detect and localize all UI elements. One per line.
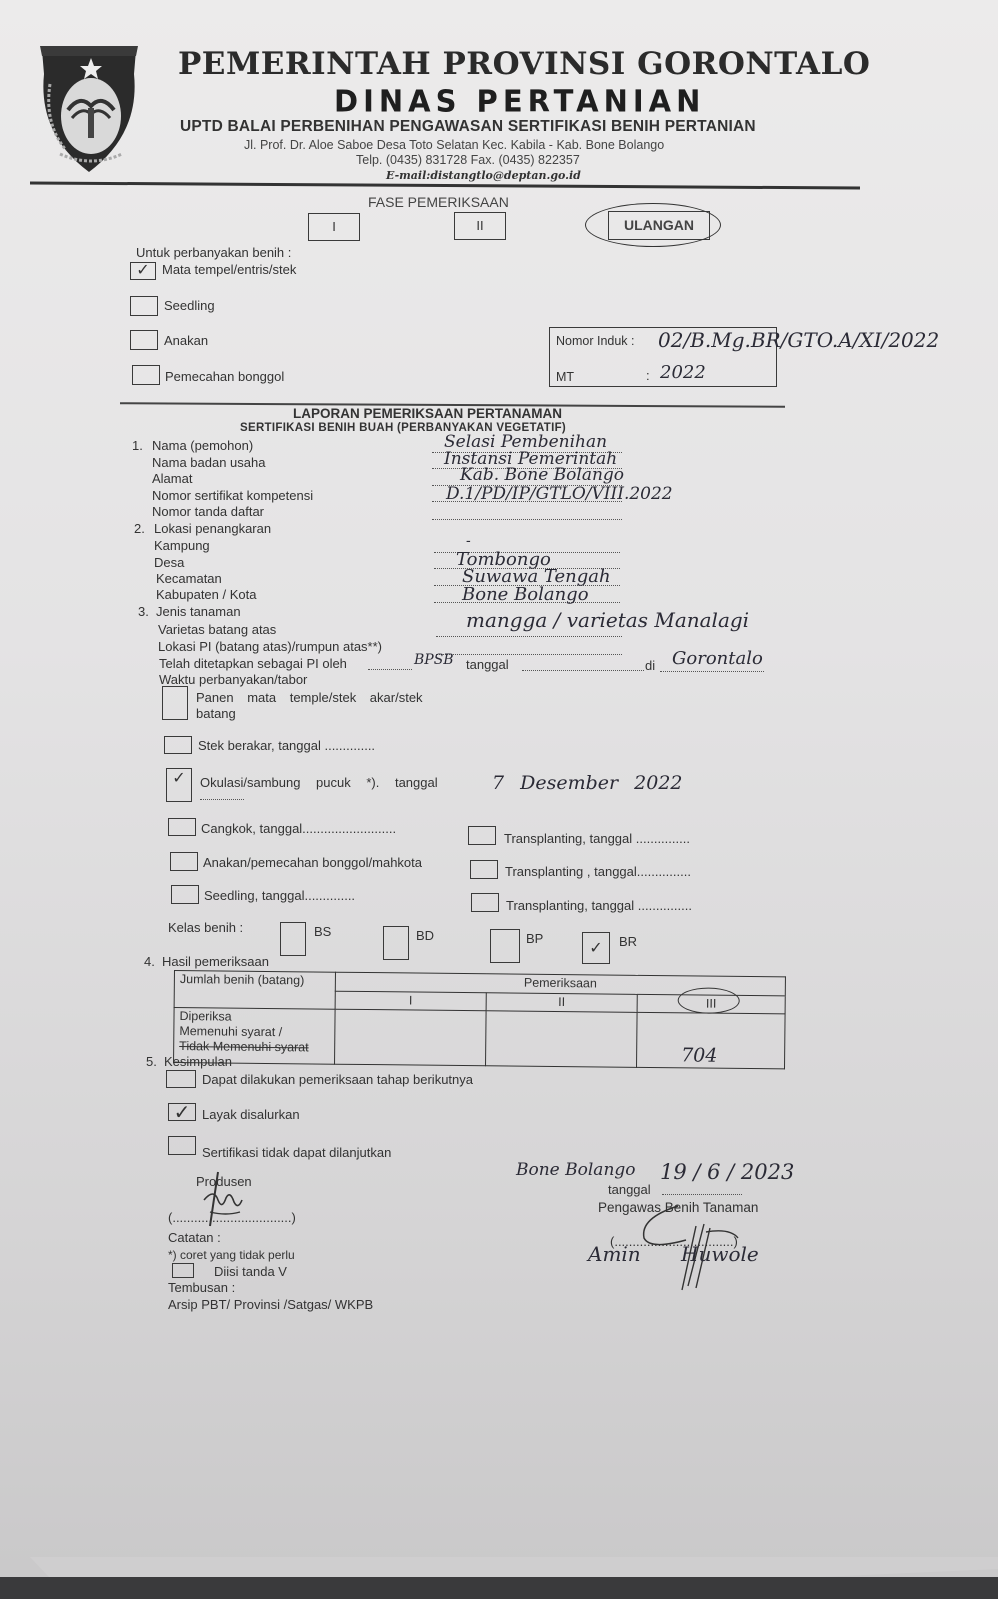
phase-header-ii: II xyxy=(486,992,637,1012)
kesimpulan-option-label: Sertifikasi tidak dapat dilanjutkan xyxy=(202,1145,391,1160)
field-label-sertifikat: Nomor sertifikat kompetensi xyxy=(152,488,313,503)
field-label-lokasi-pi: Lokasi PI (batang atas)/rumpun atas**) xyxy=(158,639,382,654)
field-label-ditetapkan: Telah ditetapkan sebagai PI oleh xyxy=(159,656,347,671)
waktu-checkbox-transplanting-2[interactable] xyxy=(470,860,498,879)
field-value-ditetapkan[interactable]: BPSB xyxy=(414,652,454,668)
field-line xyxy=(436,654,622,655)
field-label-waktu: Waktu perbanyakan/tabor xyxy=(159,672,307,687)
kesimpulan-checkbox-layak[interactable]: ✓ xyxy=(168,1103,196,1121)
field-line xyxy=(662,1194,742,1195)
waktu-option-label: Transplanting , tanggal............... xyxy=(505,864,691,879)
fase-option-i[interactable]: I xyxy=(308,213,360,241)
field-label-tanda-daftar: Nomor tanda daftar xyxy=(152,504,264,519)
signature-place[interactable]: Bone Bolango xyxy=(516,1160,636,1180)
field-value-varietas[interactable]: mangga / varietas Manalagi xyxy=(466,608,749,632)
waktu-checkbox-transplanting-3[interactable] xyxy=(471,893,499,912)
cell-phase-ii[interactable] xyxy=(486,1011,638,1068)
row-label-diperiksa: Diperiksa xyxy=(179,1009,329,1026)
field-value-kampung[interactable]: - xyxy=(466,533,471,549)
field-line xyxy=(436,636,622,637)
waktu-option-label: Anakan/pemecahan bonggol/mahkota xyxy=(203,855,422,870)
field-label-tanggal: tanggal xyxy=(466,657,509,672)
cell-phase-iii[interactable]: 704 xyxy=(637,1012,786,1069)
kesimpulan-option-label: Dapat dilakukan pemeriksaan tahap beriku… xyxy=(202,1072,473,1087)
cell-phase-i[interactable] xyxy=(335,1009,487,1066)
field-label-di: di xyxy=(645,658,655,673)
field-label-nama: Nama (pemohon) xyxy=(152,438,253,453)
phase-header-iii: III xyxy=(637,994,785,1014)
field-value-sertifikat[interactable]: D.1/PD/IP/GTLO/VIII.2022 xyxy=(446,484,673,504)
produsen-signature xyxy=(196,1170,256,1235)
kelas-checkbox-br[interactable]: ✓ xyxy=(582,932,610,964)
tembusan-value: Arsip PBT/ Provinsi /Satgas/ WKPB xyxy=(168,1297,373,1312)
perbanyakan-option-label: Mata tempel/entris/stek xyxy=(162,262,296,277)
waktu-option-label: Seedling, tanggal.............. xyxy=(204,888,355,903)
mt-label: MT xyxy=(556,370,574,384)
waktu-checkbox-panen[interactable] xyxy=(162,686,188,720)
perbanyakan-checkbox-pemecahan[interactable] xyxy=(132,365,160,385)
pengawas-name: Amin Huwole xyxy=(588,1242,759,1266)
signature-date[interactable]: 19 / 6 / 2023 xyxy=(660,1160,794,1184)
waktu-option-label: Cangkok, tanggal........................… xyxy=(201,821,396,836)
perbanyakan-option-label: Seedling xyxy=(164,298,215,313)
waktu-option-label: Stek berakar, tanggal .............. xyxy=(198,738,375,753)
catatan-diisi: Diisi tanda V xyxy=(214,1264,287,1279)
nomor-induk-value[interactable]: 02/B.Mg.BR/GTO.A/XI/2022 xyxy=(658,328,939,352)
perbanyakan-label: Untuk perbanyakan benih : xyxy=(136,245,291,260)
waktu-checkbox-stek[interactable] xyxy=(164,736,192,754)
section1-number: 1. xyxy=(132,438,143,453)
waktu-checkbox-transplanting-1[interactable] xyxy=(468,826,496,845)
section2-title: Lokasi penangkaran xyxy=(154,521,271,536)
signature-tanggal-label: tanggal xyxy=(608,1182,651,1197)
field-label-badan-usaha: Nama badan usaha xyxy=(152,455,265,470)
section4-title: Hasil pemeriksaan xyxy=(162,954,269,969)
kesimpulan-option-label: Layak disalurkan xyxy=(202,1107,300,1122)
col-header-jumlah: Jumlah benih (batang) xyxy=(174,971,335,1010)
desk-background xyxy=(0,1577,998,1599)
field-value-kabupaten[interactable]: Bone Bolango xyxy=(462,584,589,605)
section3-title: Jenis tanaman xyxy=(156,604,241,619)
ulangan-circle-mark xyxy=(585,203,721,247)
waktu-checkbox-anakan[interactable] xyxy=(170,852,198,871)
phase-iii-circle-mark xyxy=(678,987,740,1014)
kelas-checkbox-bp[interactable] xyxy=(490,929,520,963)
perbanyakan-checkbox-seedling[interactable] xyxy=(130,296,158,316)
field-label-desa: Desa xyxy=(154,555,184,570)
letterhead-government: PEMERINTAH PROVINSI GORONTALO xyxy=(178,46,870,82)
field-line xyxy=(368,669,412,670)
header-divider xyxy=(30,181,860,189)
waktu-checkbox-cangkok[interactable] xyxy=(168,818,196,836)
perbanyakan-checkbox-anakan[interactable] xyxy=(130,330,158,350)
waktu-checkbox-seedling[interactable] xyxy=(171,885,199,904)
catatan-label: Catatan : xyxy=(168,1230,221,1245)
cell-phase-iii-value: 704 xyxy=(681,1044,717,1066)
mt-separator: : xyxy=(646,368,650,383)
row-label-memenuhi: Memenuhi syarat / xyxy=(179,1024,329,1041)
kesimpulan-checkbox-lanjut[interactable] xyxy=(166,1070,196,1088)
produsen-name-line: (.................................) xyxy=(168,1210,296,1225)
kelas-option-label: BD xyxy=(416,928,434,943)
waktu-value-okulasi[interactable]: 7 Desember 2022 xyxy=(492,772,683,794)
fase-option-ii[interactable]: II xyxy=(454,212,506,240)
catatan-coret: *) coret yang tidak perlu xyxy=(168,1248,295,1262)
letterhead-unit: UPTD BALAI PERBENIHAN PENGAWASAN SERTIFI… xyxy=(180,118,756,136)
letterhead-phone: Telp. (0435) 831728 Fax. (0435) 822357 xyxy=(356,153,580,167)
section2-number: 2. xyxy=(134,521,145,536)
waktu-option-label: Transplanting, tanggal ............... xyxy=(506,898,692,913)
field-label-kecamatan: Kecamatan xyxy=(156,571,222,586)
waktu-option-label: Okulasi/sambung pucuk *). tanggal xyxy=(200,775,438,790)
tembusan-label: Tembusan : xyxy=(168,1280,235,1295)
legend-checkbox xyxy=(172,1263,194,1278)
field-line xyxy=(660,671,764,672)
letterhead-agency: DINAS PERTANIAN xyxy=(334,83,705,119)
waktu-checkbox-okulasi[interactable]: ✓ xyxy=(166,768,192,802)
report-title: LAPORAN PEMERIKSAAN PERTANAMAN xyxy=(293,406,562,421)
field-label-varietas: Varietas batang atas xyxy=(158,622,276,637)
perbanyakan-option-label: Pemecahan bonggol xyxy=(165,369,284,384)
letterhead-address: Jl. Prof. Dr. Aloe Saboe Desa Toto Selat… xyxy=(244,138,664,152)
field-value-di[interactable]: Gorontalo xyxy=(672,648,763,669)
waktu-option-label: Transplanting, tanggal ............... xyxy=(504,831,690,846)
kelas-benih-label: Kelas benih : xyxy=(168,920,243,935)
field-label-kampung: Kampung xyxy=(154,538,210,553)
field-line xyxy=(432,519,622,520)
perbanyakan-checkbox-mata-tempel[interactable]: ✓ xyxy=(130,262,156,280)
section5-title: Kesimpulan xyxy=(164,1054,232,1069)
field-line xyxy=(522,670,644,671)
field-label-kabupaten: Kabupaten / Kota xyxy=(156,587,256,602)
field-label-alamat: Alamat xyxy=(152,471,192,486)
hasil-pemeriksaan-table: Jumlah benih (batang) Pemeriksaan I II I… xyxy=(173,970,786,1069)
field-value-alamat[interactable]: Kab. Bone Bolango xyxy=(460,465,624,485)
section3-number: 3. xyxy=(138,604,149,619)
fase-label: FASE PEMERIKSAAN xyxy=(368,194,509,210)
phase-header-i: I xyxy=(335,991,486,1011)
kelas-checkbox-bs[interactable] xyxy=(280,922,306,956)
kelas-checkbox-bd[interactable] xyxy=(383,926,409,960)
nomor-induk-label: Nomor Induk : xyxy=(556,334,635,348)
kelas-option-label: BS xyxy=(314,924,331,939)
letterhead-email: E-mail:distangtlo@deptan.go.id xyxy=(386,169,581,182)
provincial-crest-icon xyxy=(36,44,142,176)
mt-value[interactable]: 2022 xyxy=(660,362,706,383)
perbanyakan-option-label: Anakan xyxy=(164,333,208,348)
kesimpulan-checkbox-tidak-lanjut[interactable] xyxy=(168,1136,196,1155)
kelas-option-label: BR xyxy=(619,934,637,949)
field-line xyxy=(200,799,244,800)
section5-number: 5. xyxy=(146,1054,157,1069)
kelas-option-label: BP xyxy=(526,931,543,946)
section4-number: 4. xyxy=(144,954,155,969)
waktu-option-label: Panen mata temple/stek akar/stek batang xyxy=(196,690,456,722)
